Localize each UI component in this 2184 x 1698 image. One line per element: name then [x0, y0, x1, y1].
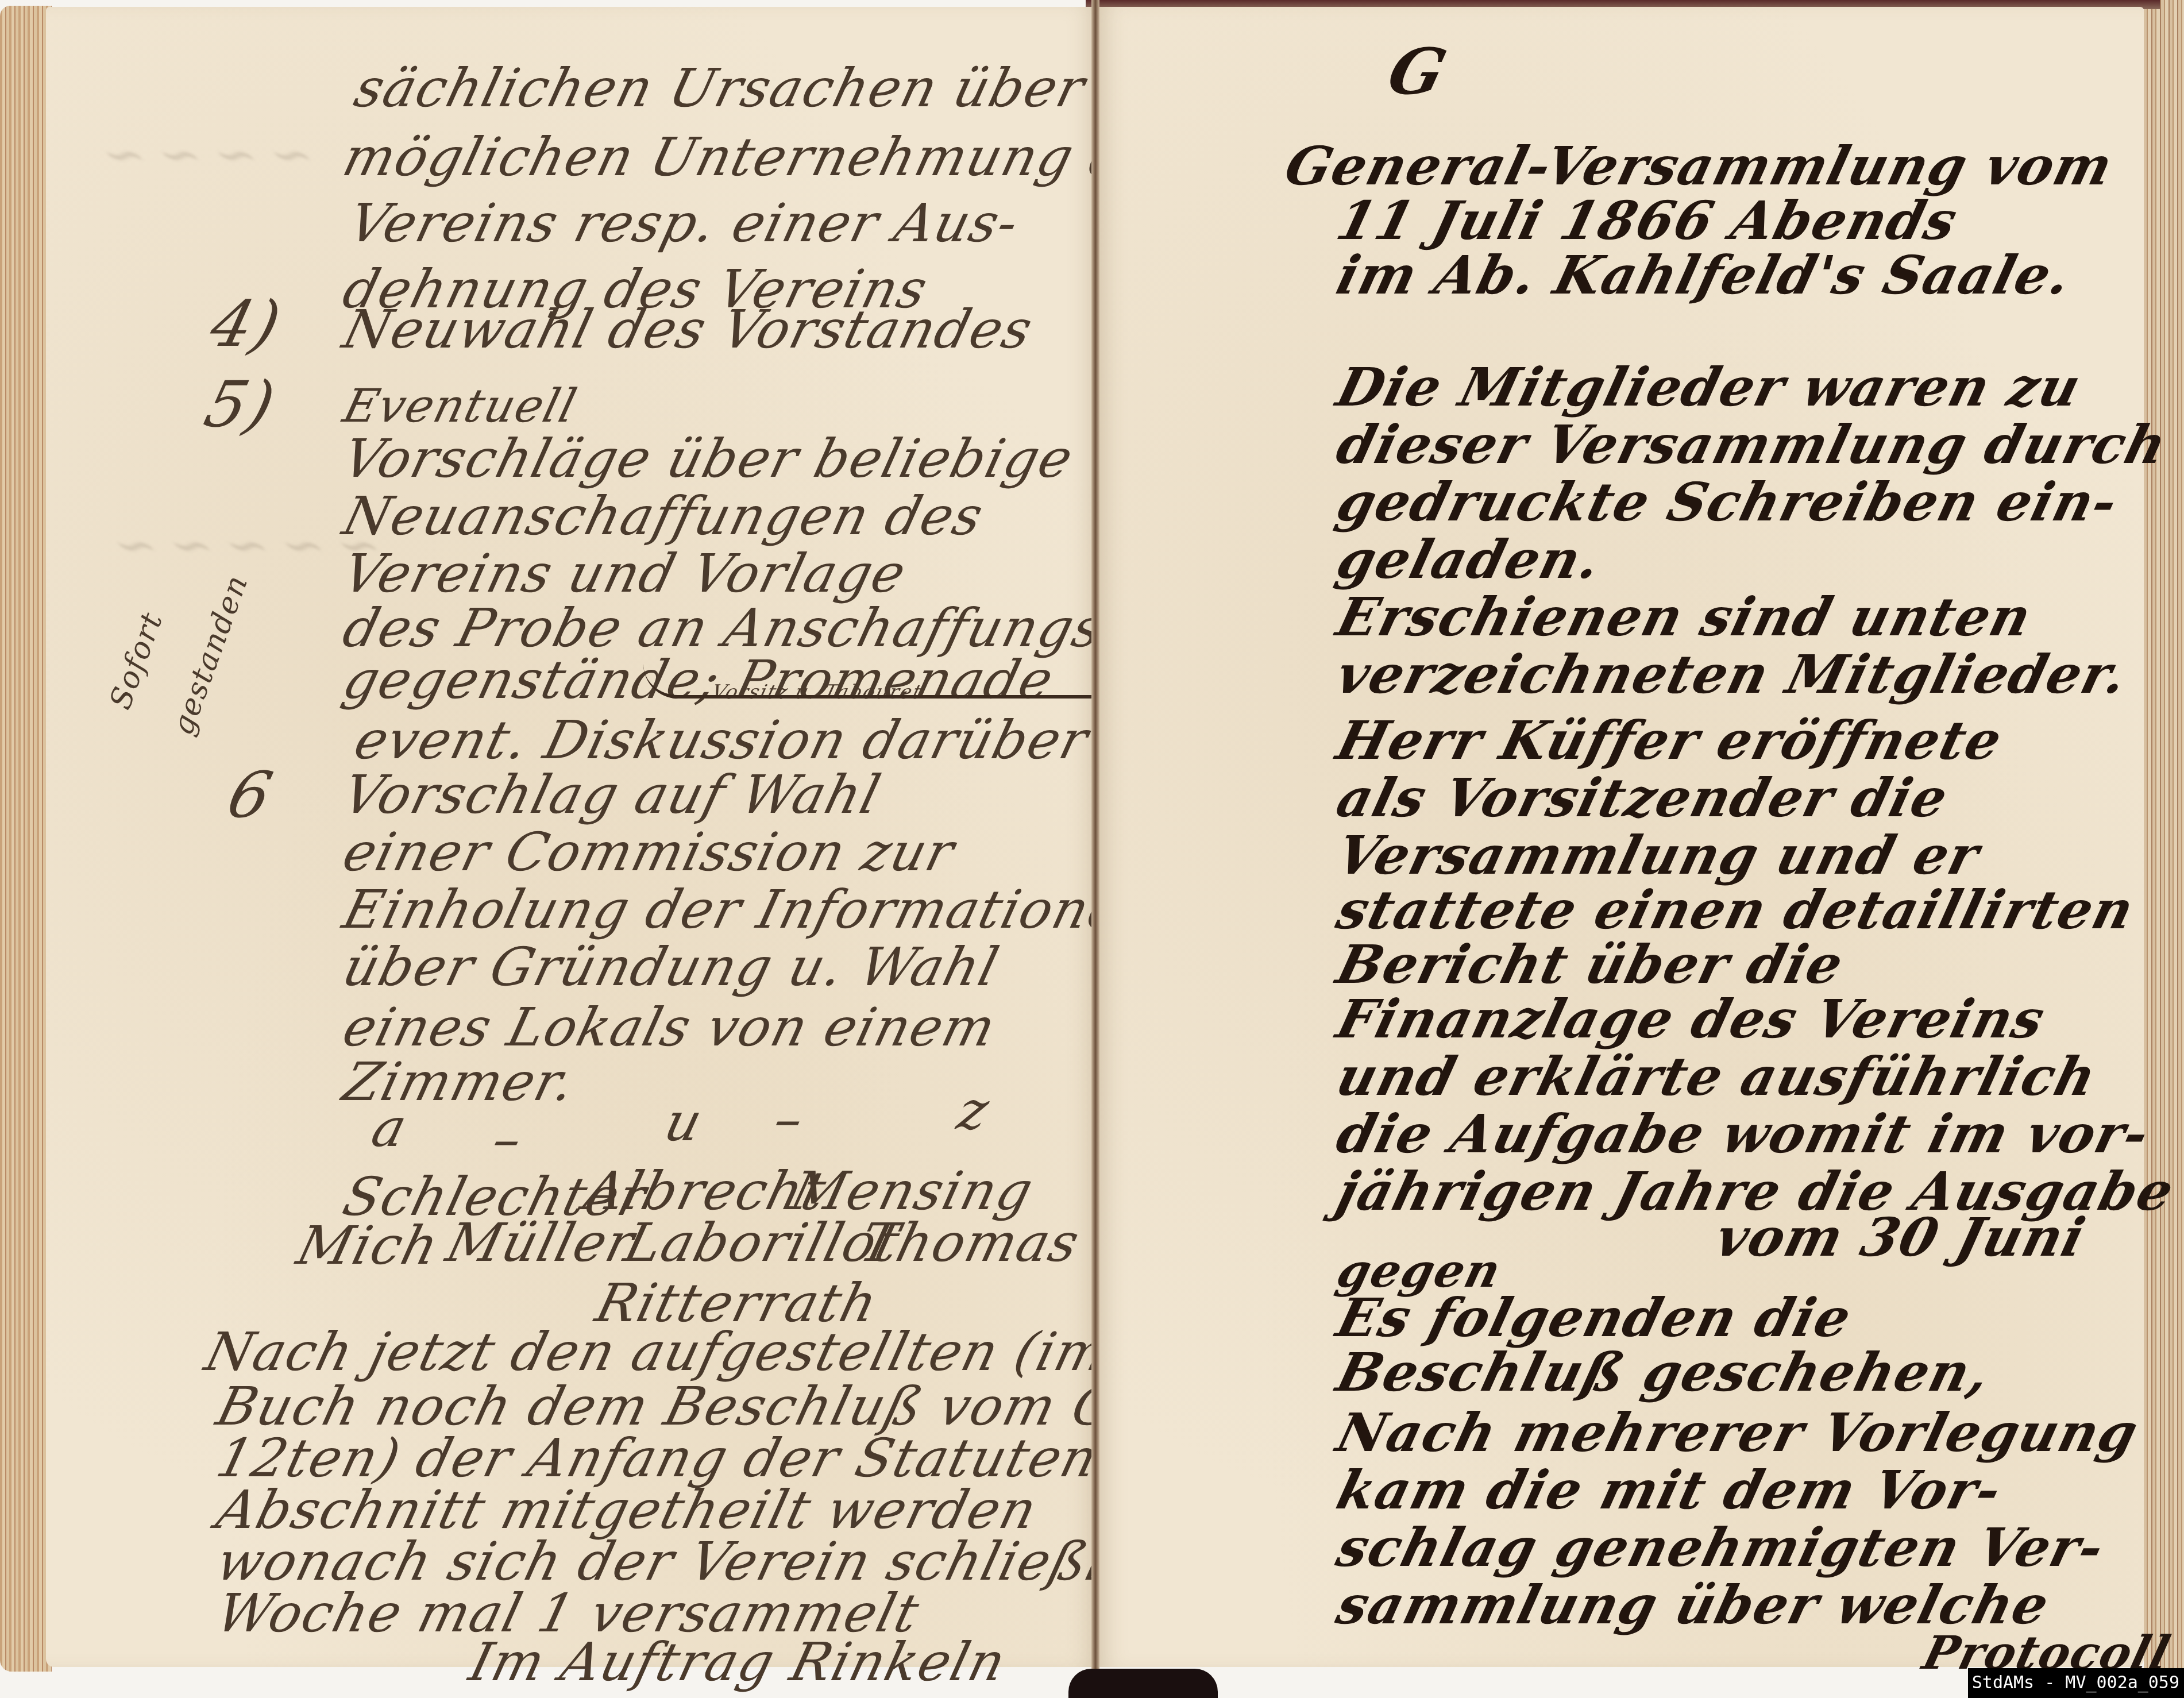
bleed-through-text: ~ ~ ~ ~ [87, 126, 327, 183]
right-line: General-Versammlung vom [1279, 135, 2120, 197]
right-line: Finanzlage des Vereins [1331, 988, 2052, 1050]
right-line: 11 Juli 1866 Abends [1331, 190, 1965, 252]
closing-line: Nach jetzt den aufgestellten (im [199, 1321, 1115, 1383]
right-line: Die Mitglieder waren zu [1331, 356, 2087, 418]
insertion-mark [643, 643, 1126, 699]
right-line: Nach mehrerer Vorlegung [1331, 1402, 2146, 1464]
item-line: Eventuell [338, 379, 582, 433]
right-line: Erschienen sind unten [1331, 586, 2039, 648]
right-line: als Vorsitzender die [1331, 767, 1955, 829]
closing-signature: Im Auftrag Rinkeln [464, 1631, 1013, 1693]
right-line: Es folgenden die [1331, 1287, 1858, 1349]
right-line: kam die mit dem Vor- [1331, 1459, 2009, 1521]
signature: Thomas [854, 1212, 1086, 1273]
left-line: möglichen Unternehmung des [337, 126, 1194, 188]
item-line: event. Diskussion darüber [349, 709, 1095, 771]
right-line: Versammlung und er [1331, 824, 1986, 886]
right-line: schlag genehmigten Ver- [1331, 1516, 2111, 1579]
right-line: im Ab. Kahlfeld's Saale. [1331, 244, 2078, 306]
book-scan: ~ ~ ~ ~ ~ ~ ~ ~ ~ ~ ~ ~ ~ ~ ~ ~ ~ ~ ~ ~ … [0, 0, 2184, 1698]
left-line: Vereins resp. einer Aus- [343, 192, 1025, 254]
right-line: gedruckte Schreiben ein- [1331, 471, 2125, 533]
right-line: geladen. [1331, 528, 1608, 591]
item-line: Zimmer. [337, 1051, 582, 1113]
right-line: und erklärte ausführlich [1331, 1045, 2104, 1107]
right-line: Bericht über die [1331, 933, 1850, 995]
signature: Müller [441, 1212, 641, 1273]
right-line: die Aufgabe womit im vor- [1331, 1103, 2156, 1165]
item-line: einer Commission zur [337, 821, 962, 883]
item-line: über Gründung u. Wahl [337, 936, 1006, 998]
right-line: dieser Versammlung durch [1331, 414, 2174, 476]
right-line: Beschluß geschehen, [1331, 1341, 1997, 1403]
item-line: Einholung der Informationen [337, 879, 1164, 940]
item-line: eines Lokals von einem [337, 997, 1002, 1058]
archive-reference-label: StdAMs - MV_002a_059 [1968, 1668, 2184, 1698]
signature: Mich [291, 1215, 446, 1276]
left-page-block-edge [0, 6, 52, 1672]
right-line: vom 30 Juni [1710, 1206, 2092, 1268]
item-line: Vereins und Vorlage [337, 543, 913, 604]
left-line: sächlichen Ursachen über [349, 57, 1092, 119]
item-line: Vorschläge über beliebige [337, 428, 1080, 489]
right-line: Herr Küffer eröffnete [1331, 709, 2009, 771]
binding-shadow [1068, 1669, 1218, 1698]
item-line: Neuwahl des Vorstandes [337, 299, 1039, 360]
book-gutter [1091, 0, 1099, 1677]
right-line: stattete einen detaillirten [1331, 879, 2141, 941]
item-line: Neuanschaffungen des [337, 485, 990, 547]
right-line: verzeichneten Mitglieder. [1331, 643, 2134, 705]
item-line: Vorschlag auf Wahl [337, 764, 888, 825]
right-page-block-edge [2144, 0, 2184, 1677]
